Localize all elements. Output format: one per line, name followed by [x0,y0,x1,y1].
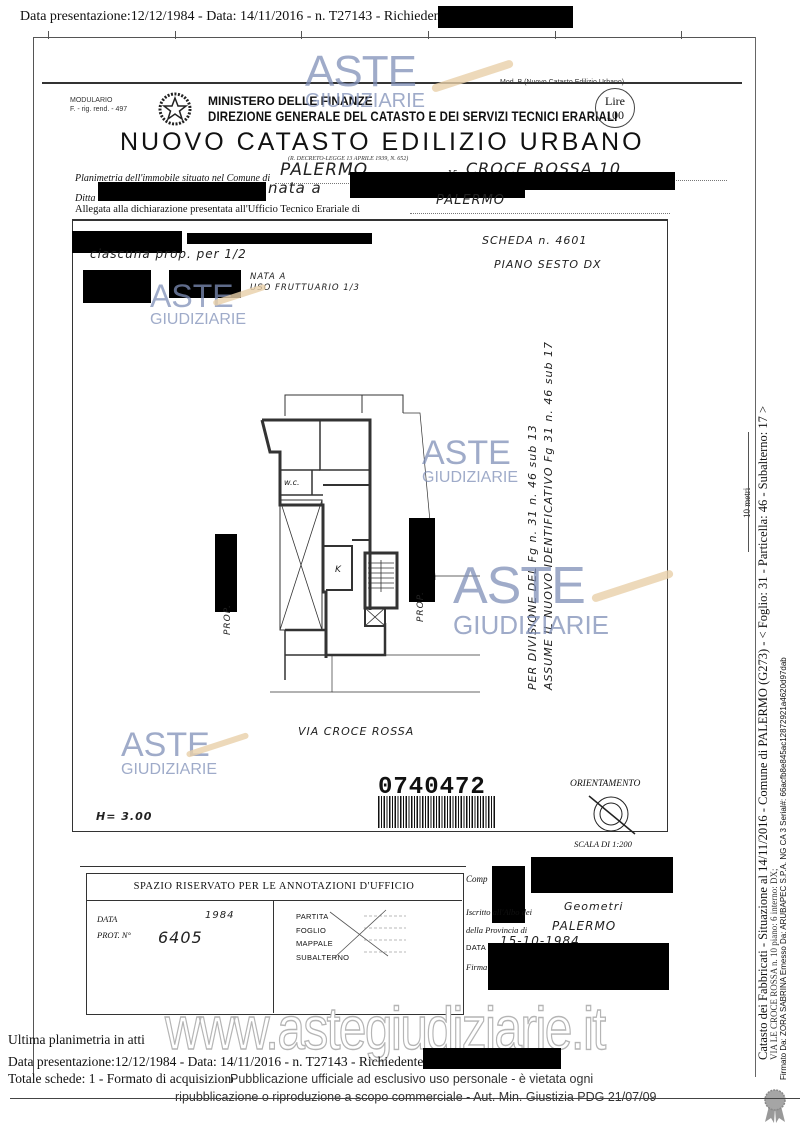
footer-ultima: Ultima planimetria in atti [8,1032,145,1048]
barcode [378,796,496,828]
allegata-label: Allegata alla dichiarazione presentata a… [75,204,360,215]
side-signature-line: Firmato Da: ZORA SABRINA Emesso Da: ARUB… [779,657,788,1080]
orientamento-label: ORIENTAMENTO [570,779,640,789]
prop-right-label: PROP. [416,591,426,622]
watermark-giudiziarie: GIUDIZIARIE [453,612,609,638]
tick [555,31,556,39]
redaction-comp-2 [531,857,673,893]
compass-icon [585,792,639,838]
stamp-lire-label: Lire [596,94,634,108]
height-label: H= 3.00 [96,810,152,823]
watermark-giudiziarie: GIUDIZIARIE [422,470,518,486]
scale-bar-label: 10 metri [742,488,752,518]
scale-bar [748,432,749,552]
room-wc-label: w.c. [284,478,300,487]
redaction-prop-left [215,534,237,612]
scale-label: SCALA DI 1:200 [574,839,632,849]
usufrutto-note: NATA A USO FRUTTUARIO 1/3 [250,272,360,294]
footer-rule [10,1098,800,1099]
redaction-owner-2 [187,233,372,244]
stamp-lire: Lire 100 [595,88,635,128]
frame-top [33,37,755,38]
redaction-ditta [98,182,266,201]
publication-notice-1: Pubblicazione ufficiale ad esclusivo uso… [230,1072,593,1086]
iscritto-label: Iscritto all'Albo dei [466,907,532,917]
redaction-firma [488,943,669,990]
annot-data-label: DATA [97,914,117,924]
comp-data-label: DATA [466,943,486,952]
italian-emblem-icon [158,92,192,126]
tick [301,31,302,39]
modulario-line: F. - rig. rend. - 497 [70,105,127,114]
watermark-giudiziarie: GIUDIZIARIE [121,762,217,778]
redaction-owner-3 [83,270,151,303]
watermark-logo: ASTE GIUDIZIARIE [121,728,217,778]
gavel-icon [431,59,514,93]
header-line: Data presentazione:12/12/1984 - Data: 14… [20,9,455,25]
firma-label: Firma [466,962,487,972]
watermark-giudiziarie: GIUDIZIARIE [150,312,246,328]
watermark-aste: ASTE [305,50,425,94]
redaction-footer-richiedente [423,1048,561,1069]
modulario-label: MODULARIO F. - rig. rend. - 497 [70,96,127,114]
comp-label: Comp [466,874,488,884]
ditta-value: nata a [268,179,322,197]
watermark-aste: ASTE [121,728,217,762]
watermark-logo: ASTE GIUDIZIARIE [150,280,246,328]
ownership-note: ciascuna prop. per 1/2 [90,247,247,261]
watermark-aste: ASTE [422,436,518,470]
room-k-label: K [335,565,342,575]
watermark-logo: ASTE GIUDIZIARIE [453,560,609,638]
footer-line-2: Totale schede: 1 - Formato di acquisizio… [8,1071,233,1087]
tick [681,31,682,39]
watermark-giudiziarie: GIUDIZIARIE [305,91,425,111]
annot-data-value: 1984 [205,910,234,921]
annot-prot-value: 6405 [158,928,203,947]
modulario-line: MODULARIO [70,96,127,105]
watermark-aste: ASTE [453,560,609,612]
document-title: NUOVO CATASTO EDILIZIO URBANO [120,128,645,157]
dotted-rule [410,213,670,214]
stamp-lire-value: 100 [596,108,634,122]
tick [48,31,49,39]
seal-icon [762,1088,788,1124]
piano-label: PIANO SESTO DX [494,258,602,271]
ufficio-value: PALERMO [436,193,505,208]
annot-rule [80,866,466,867]
iscritto-value: Geometri [564,900,623,913]
ditta-label: Ditta [75,193,96,204]
side-address-line: VIA LE CROCE ROSSA n. 10 piano: 6 intern… [769,868,779,1060]
publication-notice-2: ripubblicazione o riproduzione a scopo c… [175,1090,657,1104]
watermark-logo: ASTE GIUDIZIARIE [422,436,518,486]
redaction-prop-right [409,518,435,602]
street-label: VIA CROCE ROSSA [298,725,414,738]
prop-left-label: PROP. [223,604,233,635]
usufrutto-line: NATA A [250,272,360,283]
scheda-number: SCHEDA n. 4601 [482,234,587,247]
annotations-heading: SPAZIO RISERVATO PER LE ANNOTAZIONI D'UF… [86,873,462,901]
usufrutto-line: USO FRUTTUARIO 1/3 [250,283,360,294]
tick [175,31,176,39]
watermark-logo: ASTE GIUDIZIARIE [305,50,425,111]
footer-line-1: Data presentazione:12/12/1984 - Data: 14… [8,1054,427,1070]
model-label: Mod. B (Nuovo Catasto Edilizio Urbano) [500,79,624,86]
frame-left [33,37,34,1077]
provincia-value: PALERMO [552,919,616,933]
annot-crossout [328,906,408,962]
tick [428,31,429,39]
annot-prot-label: PROT. N° [97,930,131,940]
redaction-richiedente [438,6,573,28]
